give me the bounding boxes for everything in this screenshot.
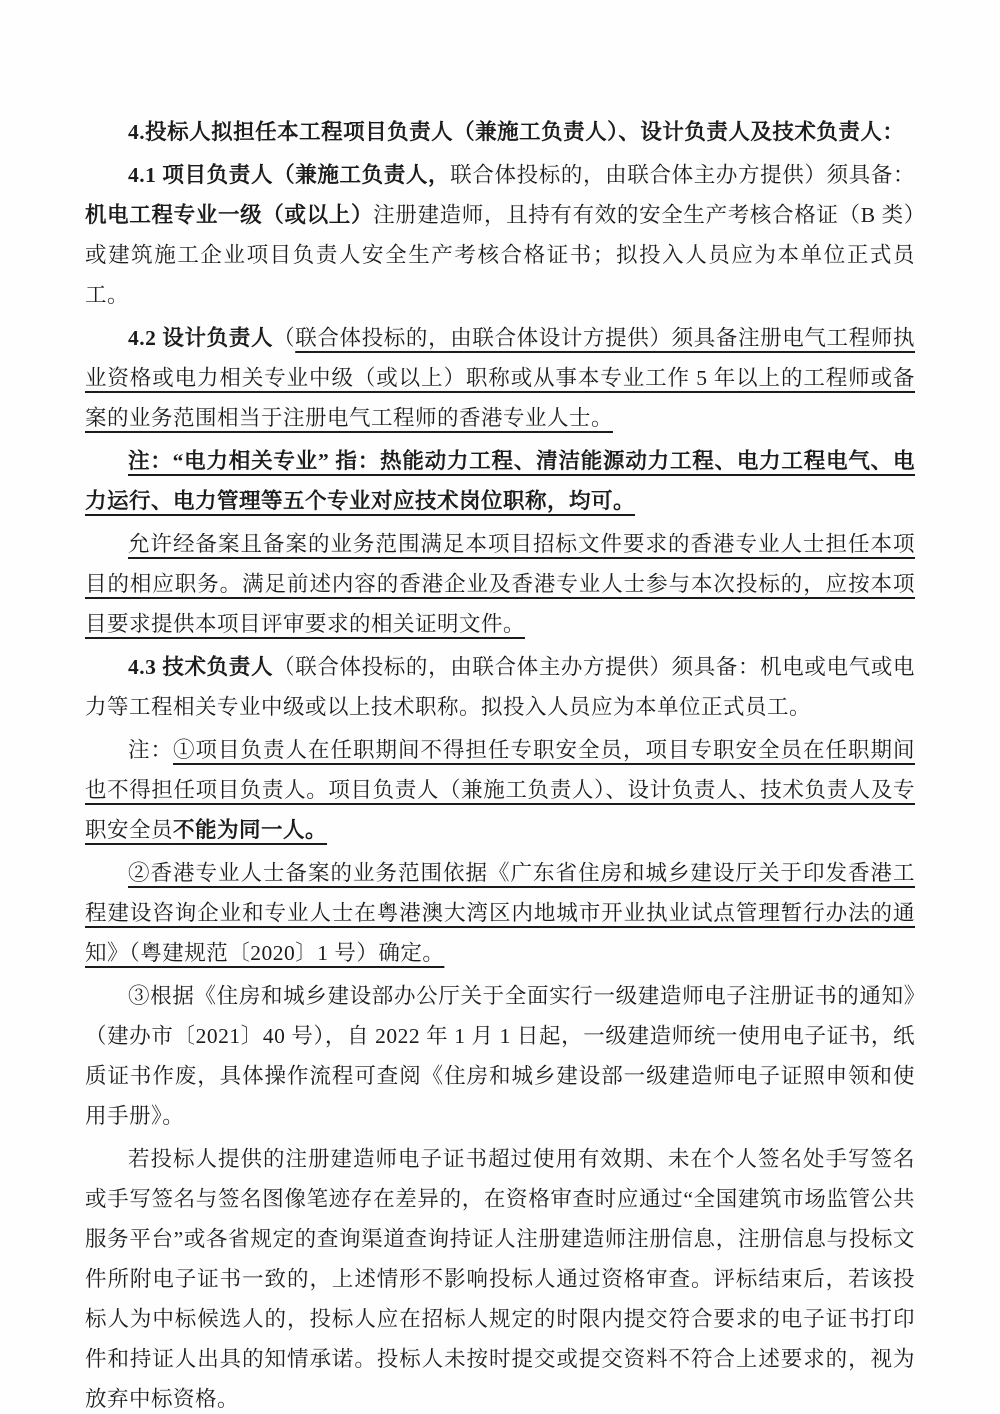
text-run: 联合体投标的，由联合体主办方提供）须具备：	[450, 163, 915, 187]
paragraph-note-power-related-major: 注：“电力相关专业” 指：热能动力工程、清洁能源动力工程、电力工程电气、电力运行…	[85, 441, 915, 521]
text-run: （	[273, 326, 295, 350]
paragraph-note-1-role-restriction: 注：①项目负责人在任职期间不得担任专职安全员，项目专职安全员在任职期间也不得担任…	[85, 730, 915, 850]
text-run: 4.3 技术负责人	[128, 655, 273, 679]
paragraph-section-4-3: 4.3 技术负责人（联合体投标的，由联合体主办方提供）须具备：机电或电气或电力等…	[85, 647, 915, 727]
text-run: 机电工程专业一级（或以上）	[85, 203, 373, 227]
paragraph-section-4-2: 4.2 设计负责人（联合体投标的，由联合体设计方提供）须具备注册电气工程师执业资…	[85, 318, 915, 438]
text-run: 不能为同一人。	[173, 818, 327, 842]
document-page: 4.投标人拟担任本工程项目负责人（兼施工负责人）、设计负责人及技术负责人： 4.…	[0, 0, 1000, 1414]
text-run: ③根据《住房和城乡建设部办公厅关于全面实行一级建造师电子注册证书的通知》（建办市…	[85, 984, 915, 1128]
text-run: 4.1 项目负责人（兼施工负责人，	[128, 163, 450, 187]
text-run: ②香港专业人士备案的业务范围依据《广东省住房和城乡建设厅关于印发香港工程建设咨询…	[85, 861, 915, 965]
text-run: 允许经备案且备案的业务范围满足本项目招标文件要求的香港专业人士担任本项目的相应职…	[85, 532, 915, 636]
paragraph-e-cert-qualification-review: 若投标人提供的注册建造师电子证书超过使用有效期、未在个人签名处手写签名或手写签名…	[85, 1139, 915, 1414]
paragraph-note-2-hk-filing-basis: ②香港专业人士备案的业务范围依据《广东省住房和城乡建设厅关于印发香港工程建设咨询…	[85, 853, 915, 973]
text-run: 若投标人提供的注册建造师电子证书超过使用有效期、未在个人签名处手写签名或手写签名…	[85, 1147, 915, 1411]
paragraph-section-4-1: 4.1 项目负责人（兼施工负责人，联合体投标的，由联合体主办方提供）须具备：机电…	[85, 155, 915, 315]
paragraph-note-3-electronic-certificate: ③根据《住房和城乡建设部办公厅关于全面实行一级建造师电子注册证书的通知》（建办市…	[85, 976, 915, 1136]
text-run: 注：	[128, 738, 173, 762]
text-run: 注：“电力相关专业” 指：热能动力工程、清洁能源动力工程、电力工程电气、电力运行…	[85, 449, 915, 513]
paragraph-section-4-heading: 4.投标人拟担任本工程项目负责人（兼施工负责人）、设计负责人及技术负责人：	[85, 112, 915, 152]
text-run: 4.2 设计负责人	[128, 326, 273, 350]
paragraph-hk-professional-allowance: 允许经备案且备案的业务范围满足本项目招标文件要求的香港专业人士担任本项目的相应职…	[85, 524, 915, 644]
text-run: 4.投标人拟担任本工程项目负责人（兼施工负责人）、设计负责人及技术负责人：	[128, 120, 904, 144]
